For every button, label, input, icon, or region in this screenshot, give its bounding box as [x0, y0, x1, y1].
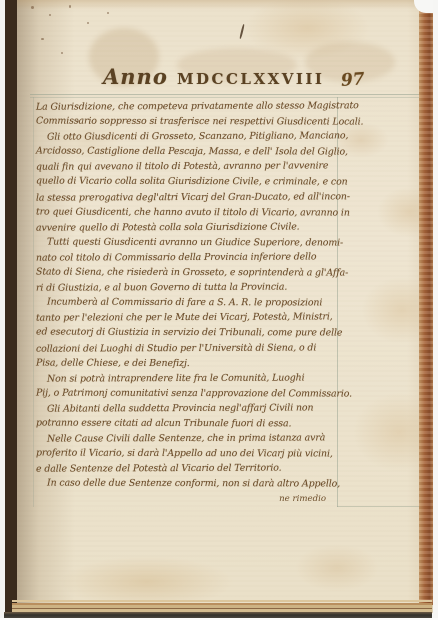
handwritten-line: quali fin qui avevano il titolo di Potes… — [36, 161, 338, 177]
handwritten-line: Gli otto Giusdicenti di Grosseto, Scanza… — [36, 131, 338, 147]
handwritten-line: Stato di Siena, che risiederà in Grosset… — [36, 267, 338, 283]
ruled-line-header-double — [30, 97, 435, 98]
handwritten-line: tro quei Giusdicenti, che hanno avuto il… — [36, 206, 338, 222]
handwritten-line: La Giurisdizione, che competeva privatam… — [36, 100, 338, 116]
handwritten-line: Incumberà al Commissario di fare a S. A.… — [36, 297, 338, 313]
manuscript-page: Anno MDCCLXXVIII 97 La Giurisdizione, ch… — [17, 0, 433, 613]
handwritten-line: tanto per l'elezioni che per le Mute dei… — [36, 312, 338, 328]
handwritten-line: ed esecutorj di Giustizia in servizio de… — [36, 327, 338, 343]
handwritten-line: quello di Vicario colla solita Giurisdiz… — [36, 176, 338, 192]
ruled-line-header — [30, 94, 435, 95]
foxing-speck — [87, 22, 89, 24]
folio-page-number: 97 — [340, 69, 365, 91]
handwritten-line: Tutti questi Giusdicenti avranno un Giud… — [36, 236, 338, 252]
ink-stroke-mark — [239, 24, 245, 39]
manuscript-body-text: La Giurisdizione, che competeva privatam… — [36, 101, 338, 495]
handwritten-line: la stessa prerogativa degl'altri Vicarj … — [36, 191, 338, 207]
foxing-speck — [41, 38, 44, 40]
handwritten-line: Non si potrà intraprendere lite fra le C… — [36, 372, 338, 388]
foxing-speck — [69, 5, 71, 8]
ruled-line-left-margin — [33, 97, 34, 507]
handwritten-line: proferito il Vicario, si darà l'Appello … — [36, 448, 338, 464]
ruled-line-bottom — [337, 506, 421, 507]
handwritten-line: e dalle Sentenze del Potestà al Vicario … — [36, 463, 338, 479]
handwritten-line: ri di Giustizia, e al buon Governo di tu… — [36, 281, 338, 297]
foxing-speck — [31, 6, 34, 9]
fore-edge-page-stack — [419, 11, 433, 605]
handwritten-line: In caso delle due Sentenze conformi, non… — [36, 478, 338, 494]
scan-edge-right — [433, 0, 438, 620]
handwritten-line: Arcidosso, Castiglione della Pescaja, Ma… — [36, 146, 338, 162]
header-year-numerals: MDCCLXXVIII — [177, 70, 325, 88]
handwritten-line: collazioni dei Luoghi di Studio per l'Un… — [36, 342, 338, 358]
foxing-speck — [61, 52, 63, 54]
handwritten-line: Pisa, delle Chiese, e dei Benefizj. — [36, 357, 338, 373]
header-year-title: Anno MDCCLXXVIII — [103, 64, 333, 94]
foxing-speck — [49, 14, 51, 16]
handwritten-line: Pij, o Patrimonj comunitativi senza l'ap… — [36, 387, 338, 403]
handwritten-line: Gli Abitanti della suddetta Provincia ne… — [36, 402, 338, 418]
handwritten-line: avvenire quello di Potestà colla sola Gi… — [36, 221, 338, 237]
handwritten-line: Nelle Cause Civili dalle Sentenze, che i… — [36, 432, 338, 448]
foxing-speck — [107, 12, 109, 14]
scan-edge-left — [0, 0, 5, 620]
catchword: ne rimedio — [36, 494, 326, 504]
handwritten-line: nato col titolo di Commissario della Pro… — [36, 251, 338, 267]
handwritten-line: Commissario soppresso si trasferisce nei… — [36, 116, 338, 132]
handwritten-line: potranno essere citati ad alcun Tribunal… — [36, 417, 338, 433]
header-year-word: Anno — [103, 64, 168, 89]
